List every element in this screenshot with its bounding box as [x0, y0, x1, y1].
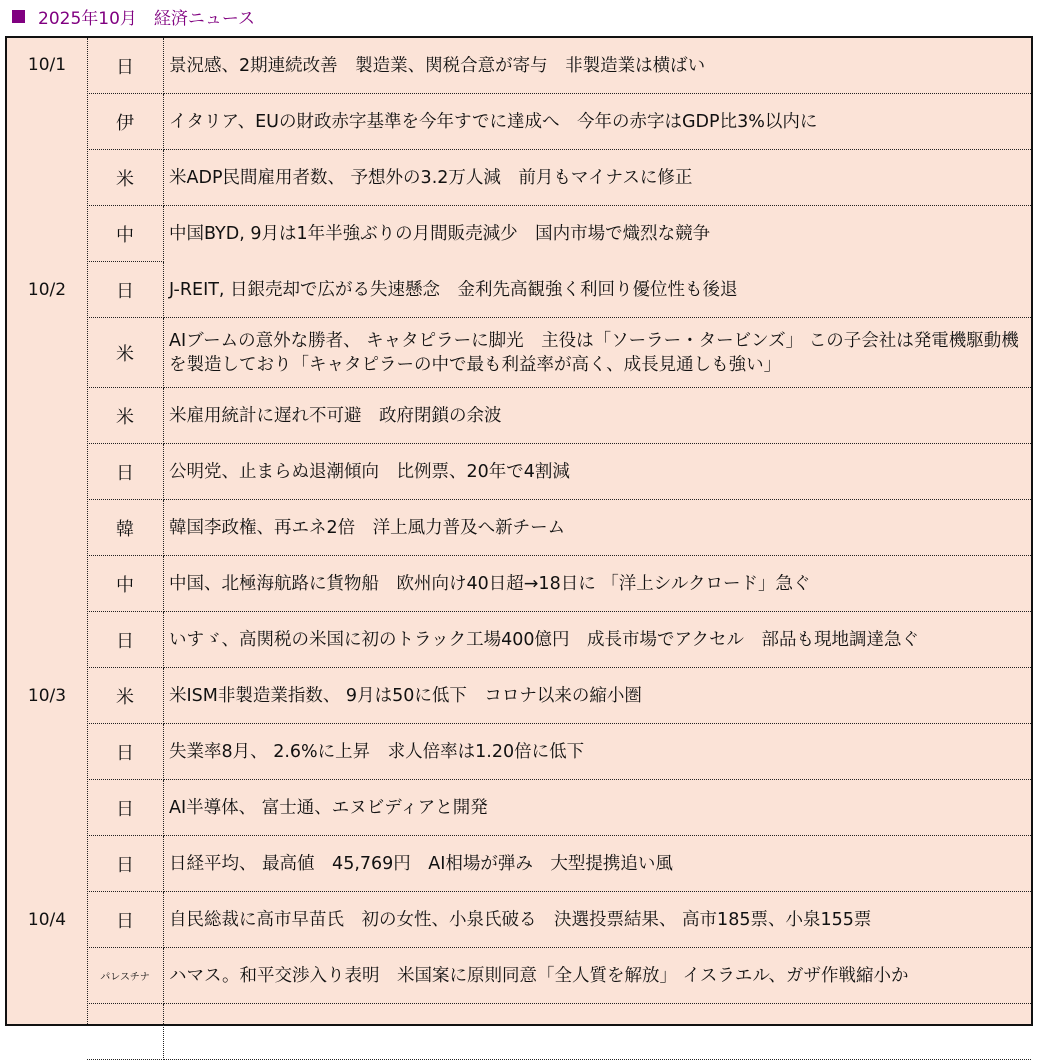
headline-cell: イタリア、EUの財政赤字基準を今年すでに達成へ 今年の赤字はGDP比3%以内に: [164, 94, 1031, 150]
date-label-10-3: 10/3: [7, 686, 87, 706]
headline-cell: 景況感、2期連続改善 製造業、関税合意が寄与 非製造業は横ばい: [164, 38, 1031, 94]
headline-cell: 中国、北極海航路に貨物船 欧州向け40日超→18日に 「洋上シルクロード」急ぐ: [164, 556, 1031, 612]
headline-cell: 米ADP民間雇用者数、 予想外の3.2万人減 前月もマイナスに修正: [164, 150, 1031, 206]
table-row: 日 AI半導体、 富士通、エヌビディアと開発: [87, 780, 1031, 836]
table-row: 米 AIブームの意外な勝者、 キャタピラーに脚光 主役は「ソーラー・タービンズ」…: [87, 318, 1031, 388]
table-row: 米 米ISM非製造業指数、 9月は50に低下 コロナ以来の縮小圏: [87, 668, 1031, 724]
headline-cell: [164, 1004, 1031, 1008]
table-row: 中 中国BYD, 9月は1年半強ぶりの月間販売減少 国内市場で熾烈な競争: [87, 206, 1031, 262]
country-cell: 日: [87, 38, 164, 94]
country-cell: 日: [87, 836, 164, 892]
table-row: 日 いすゞ、高関税の米国に初のトラック工場400億円 成長市場でアクセル 部品も…: [87, 612, 1031, 668]
table-row: 伊 イタリア、EUの財政赤字基準を今年すでに達成へ 今年の赤字はGDP比3%以内…: [87, 94, 1031, 150]
headline-cell: J-REIT, 日銀売却で広がる失速懸念 金利先高観強く利回り優位性も後退: [164, 262, 1031, 318]
headline-cell: 日経平均、 最高値 45,769円 AI相場が弾み 大型提携追い風: [164, 836, 1031, 892]
headline-cell: 米雇用統計に遅れ不可避 政府閉鎖の余波: [164, 388, 1031, 444]
country-cell: 日: [87, 780, 164, 836]
headline-cell: 米ISM非製造業指数、 9月は50に低下 コロナ以来の縮小圏: [164, 668, 1031, 724]
country-cell: [87, 1004, 164, 1008]
date-label-10-2: 10/2: [7, 280, 87, 300]
table-row: 日 日経平均、 最高値 45,769円 AI相場が弾み 大型提携追い風: [87, 836, 1031, 892]
date-column: 10/1 10/2 10/3 10/4: [7, 38, 88, 1008]
table-row: 日 自民総裁に高市早苗氏 初の女性、小泉氏破る 決選投票結果、 高市185票、小…: [87, 892, 1031, 948]
country-cell: 中: [87, 206, 164, 262]
news-table: 10/1 10/2 10/3 10/4 日 景況感、2期連続改善 製造業、関税合…: [5, 36, 1033, 1008]
country-cell: 日: [87, 262, 164, 318]
country-cell: 日: [87, 612, 164, 668]
country-cell: 米: [87, 668, 164, 724]
country-cell: パレスチナ: [87, 948, 164, 1004]
table-row: パレスチナ ハマス。和平交渉入り表明 米国案に原則同意「全人質を解放」 イスラエ…: [87, 948, 1031, 1004]
country-cell: 伊: [87, 94, 164, 150]
country-cell: 米: [87, 388, 164, 444]
headline-cell: ハマス。和平交渉入り表明 米国案に原則同意「全人質を解放」 イスラエル、ガザ作戦…: [164, 948, 1031, 1004]
table-row: 日 失業率8月、 2.6%に上昇 求人倍率は1.20倍に低下: [87, 724, 1031, 780]
country-cell: 日: [87, 724, 164, 780]
country-cell: 米: [87, 318, 164, 388]
country-cell: 米: [87, 150, 164, 206]
table-row: 米 米雇用統計に遅れ不可避 政府閉鎖の余波: [87, 388, 1031, 444]
country-cell: 日: [87, 892, 164, 948]
table-row: 日 公明党、止まらぬ退潮傾向 比例票、20年で4割減: [87, 444, 1031, 500]
table-row: 韓 韓国李政権、再エネ2倍 洋上風力普及へ新チーム: [87, 500, 1031, 556]
square-bullet-icon: [12, 10, 25, 23]
headline-cell: 中国BYD, 9月は1年半強ぶりの月間販売減少 国内市場で熾烈な競争: [164, 206, 1031, 262]
table-row: 中 中国、北極海航路に貨物船 欧州向け40日超→18日に 「洋上シルクロード」急…: [87, 556, 1031, 612]
table-row: 米 米ADP民間雇用者数、 予想外の3.2万人減 前月もマイナスに修正: [87, 150, 1031, 206]
country-cell: 中: [87, 556, 164, 612]
date-label-10-1: 10/1: [7, 55, 87, 75]
headline-cell: 韓国李政権、再エネ2倍 洋上風力普及へ新チーム: [164, 500, 1031, 556]
headline-cell: 自民総裁に高市早苗氏 初の女性、小泉氏破る 決選投票結果、 高市185票、小泉1…: [164, 892, 1031, 948]
country-cell: 韓: [87, 500, 164, 556]
headline-cell: いすゞ、高関税の米国に初のトラック工場400億円 成長市場でアクセル 部品も現地…: [164, 612, 1031, 668]
page-title: 2025年10月 経済ニュース: [10, 4, 255, 28]
headline-cell: AIブームの意外な勝者、 キャタピラーに脚光 主役は「ソーラー・タービンズ」 こ…: [164, 318, 1031, 388]
table-row: 日 景況感、2期連続改善 製造業、関税合意が寄与 非製造業は横ばい: [87, 38, 1031, 94]
headline-cell: AI半導体、 富士通、エヌビディアと開発: [164, 780, 1031, 836]
headline-cell: 公明党、止まらぬ退潮傾向 比例票、20年で4割減: [164, 444, 1031, 500]
country-cell: 日: [87, 444, 164, 500]
table-row: 日 J-REIT, 日銀売却で広がる失速懸念 金利先高観強く利回り優位性も後退: [87, 262, 1031, 318]
date-label-10-4: 10/4: [7, 910, 87, 930]
headline-cell: 失業率8月、 2.6%に上昇 求人倍率は1.20倍に低下: [164, 724, 1031, 780]
table-row: [87, 1004, 1031, 1008]
page-title-text: 2025年10月 経済ニュース: [38, 4, 255, 29]
